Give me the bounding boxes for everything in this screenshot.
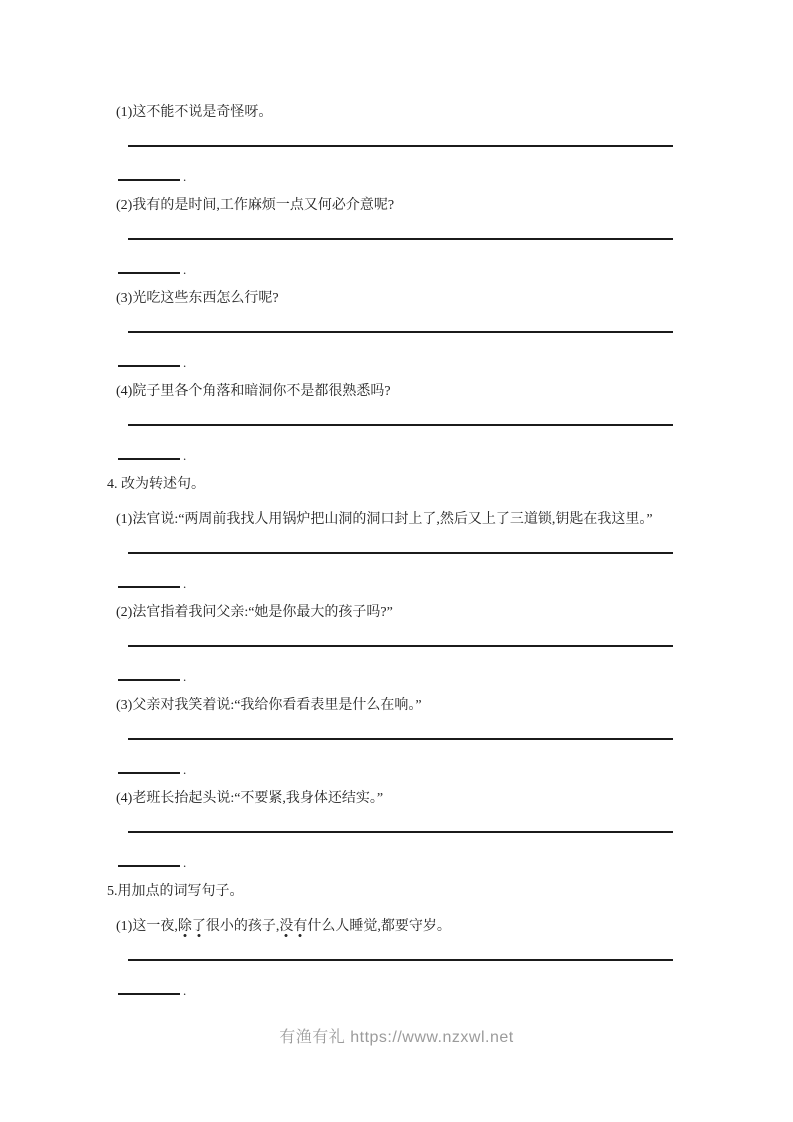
short-underline: [118, 352, 180, 367]
answer-line: [128, 959, 673, 961]
blank-period: .: [183, 576, 186, 591]
answer-line: [128, 238, 673, 240]
answer-short-blank: .: [118, 445, 793, 463]
answer-short-blank: .: [118, 259, 793, 277]
question-4-heading: 4. 改为转述句。: [107, 467, 793, 502]
q5-emphasized-word: 除了: [178, 919, 206, 938]
short-underline: [118, 980, 180, 995]
blank-period: .: [183, 669, 186, 684]
short-underline: [118, 759, 180, 774]
answer-short-blank: .: [118, 666, 793, 684]
short-underline: [118, 852, 180, 867]
answer-line: [128, 331, 673, 333]
q5-segment: (1)这一夜,: [116, 919, 178, 934]
blank-period: .: [183, 448, 186, 463]
answer-short-blank: .: [118, 852, 793, 870]
short-underline: [118, 259, 180, 274]
answer-short-blank: .: [118, 759, 793, 777]
short-underline: [118, 666, 180, 681]
worksheet-page: (1)这不能不说是奇怪呀。 . (2)我有的是时间,工作麻烦一点又何必介意呢? …: [0, 0, 793, 1122]
q5-segment: 很小的孩子,: [206, 919, 280, 934]
q5-segment: 什么人睡觉,都要守岁。: [307, 919, 451, 934]
q3-item-1-stem: (1)这不能不说是奇怪呀。: [116, 95, 690, 130]
q3-item-3-stem: (3)光吃这些东西怎么行呢?: [116, 281, 690, 316]
question-5-heading: 5.用加点的词写句子。: [107, 874, 793, 909]
blank-period: .: [183, 762, 186, 777]
blank-period: .: [183, 983, 186, 998]
answer-short-blank: .: [118, 166, 793, 184]
answer-line: [128, 645, 673, 647]
answer-line: [128, 145, 673, 147]
blank-period: .: [183, 855, 186, 870]
q3-item-2-stem: (2)我有的是时间,工作麻烦一点又何必介意呢?: [116, 188, 690, 223]
q4-item-4-stem: (4)老班长抬起头说:“不要紧,我身体还结实。”: [116, 781, 690, 816]
q3-item-4-stem: (4)院子里各个角落和暗洞你不是都很熟悉吗?: [116, 374, 690, 409]
q5-emphasized-word: 没有: [279, 919, 307, 938]
watermark-footer: 有渔有礼 https://www.nzxwl.net: [0, 1024, 793, 1047]
answer-short-blank: .: [118, 980, 793, 998]
blank-period: .: [183, 355, 186, 370]
short-underline: [118, 445, 180, 460]
q4-item-3-stem: (3)父亲对我笑着说:“我给你看看表里是什么在响。”: [116, 688, 690, 723]
short-underline: [118, 573, 180, 588]
blank-period: .: [183, 169, 186, 184]
answer-line: [128, 552, 673, 554]
q4-item-2-stem: (2)法官指着我问父亲:“她是你最大的孩子吗?”: [116, 595, 690, 630]
short-underline: [118, 166, 180, 181]
answer-short-blank: .: [118, 573, 793, 591]
answer-line: [128, 424, 673, 426]
q5-item-1-stem: (1)这一夜,除了很小的孩子,没有什么人睡觉,都要守岁。: [116, 909, 690, 944]
answer-line: [128, 831, 673, 833]
q4-item-1-stem: (1)法官说:“两周前我找人用锅炉把山洞的洞口封上了,然后又上了三道锁,钥匙在我…: [116, 502, 690, 537]
answer-short-blank: .: [118, 352, 793, 370]
answer-line: [128, 738, 673, 740]
blank-period: .: [183, 262, 186, 277]
